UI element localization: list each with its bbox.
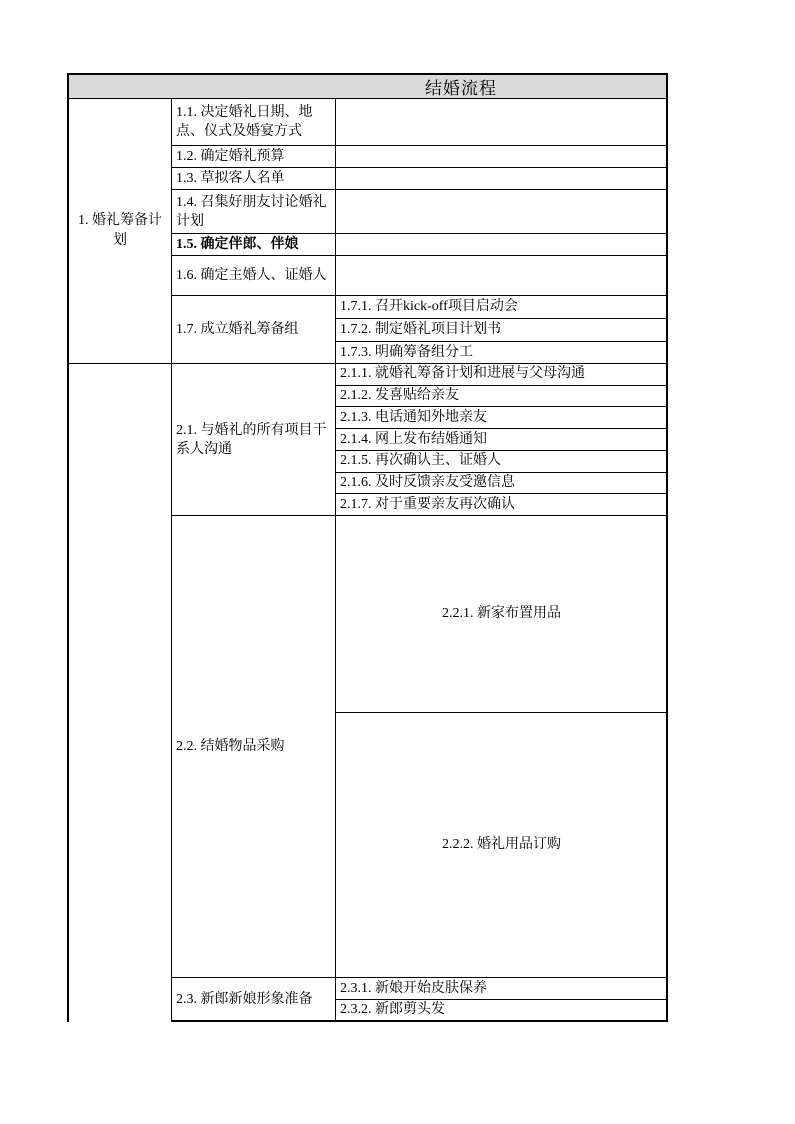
task-row-2-1: 2.1. 与婚礼的所有项目干系人沟通 2.1.1. 就婚礼筹备计划和进展与父母沟… (172, 364, 666, 516)
subtask-cell-2-2-1: 2.2.1. 新家布置用品 (336, 516, 666, 713)
task-row-2-2: 2.2. 结婚物品采购 2.2.1. 新家布置用品 2.2.2. 婚礼用品订购 (172, 516, 666, 978)
empty-cell-1-4 (336, 190, 666, 234)
task-cell-1-7: 1.7. 成立婚礼筹备组 (172, 296, 336, 364)
table-header-row: 结婚流程 (69, 75, 666, 99)
empty-cell-1-2 (336, 146, 666, 168)
task-cell-1-2: 1.2. 确定婚礼预算 (172, 146, 336, 168)
task-cell-1-5: 1.5. 确定伴郎、伴娘 (172, 234, 336, 256)
subtask-cell-2-1-3: 2.1.3. 电话通知外地亲友 (336, 407, 666, 429)
task-row-1-6: 1.6. 确定主婚人、证婚人 (172, 256, 666, 296)
task-row-1-2: 1.2. 确定婚礼预算 (172, 146, 666, 168)
section-2-label-cell (69, 364, 172, 1022)
empty-cell-1-5 (336, 234, 666, 256)
empty-cell-1-3 (336, 168, 666, 190)
empty-cell-1-1 (336, 99, 666, 146)
wedding-process-table: 结婚流程 1. 婚礼筹备计划 1.1. 决定婚礼日期、地点、仪式及婚宴方式 1.… (67, 73, 668, 1022)
section-2: 2.1. 与婚礼的所有项目干系人沟通 2.1.1. 就婚礼筹备计划和进展与父母沟… (69, 364, 666, 1022)
task-row-1-4: 1.4. 召集好朋友讨论婚礼计划 (172, 190, 666, 234)
subtask-cell-1-7-2: 1.7.2. 制定婚礼项目计划书 (336, 319, 666, 342)
section-1-label-cell: 1. 婚礼筹备计划 (69, 99, 172, 364)
task-row-1-5: 1.5. 确定伴郎、伴娘 (172, 234, 666, 256)
subtask-cell-2-1-5: 2.1.5. 再次确认主、证婚人 (336, 451, 666, 473)
task-cell-2-3: 2.3. 新郎新娘形象准备 (172, 978, 336, 1022)
subtask-cell-2-1-7: 2.1.7. 对于重要亲友再次确认 (336, 494, 666, 516)
section-1: 1. 婚礼筹备计划 1.1. 决定婚礼日期、地点、仪式及婚宴方式 1.2. 确定… (69, 99, 666, 364)
task-cell-1-1: 1.1. 决定婚礼日期、地点、仪式及婚宴方式 (172, 99, 336, 146)
subtask-cell-2-1-6: 2.1.6. 及时反馈亲友受邀信息 (336, 473, 666, 495)
document-page: 结婚流程 1. 婚礼筹备计划 1.1. 决定婚礼日期、地点、仪式及婚宴方式 1.… (0, 0, 795, 1124)
task-row-1-7: 1.7. 成立婚礼筹备组 1.7.1. 召开kick-off项目启动会 1.7.… (172, 296, 666, 364)
subtask-cell-2-1-2: 2.1.2. 发喜贴给亲友 (336, 386, 666, 408)
subtask-cell-2-1-4: 2.1.4. 网上发布结婚通知 (336, 429, 666, 451)
task-cell-1-4: 1.4. 召集好朋友讨论婚礼计划 (172, 190, 336, 234)
task-cell-2-2: 2.2. 结婚物品采购 (172, 516, 336, 978)
task-cell-1-3: 1.3. 草拟客人名单 (172, 168, 336, 190)
task-cell-2-1: 2.1. 与婚礼的所有项目干系人沟通 (172, 364, 336, 516)
table-title: 结婚流程 (425, 74, 497, 99)
subtask-cell-2-2-2: 2.2.2. 婚礼用品订购 (336, 713, 666, 978)
subtask-cell-1-7-1: 1.7.1. 召开kick-off项目启动会 (336, 296, 666, 319)
section-2-rows: 2.1. 与婚礼的所有项目干系人沟通 2.1.1. 就婚礼筹备计划和进展与父母沟… (172, 364, 666, 1022)
empty-cell-1-6 (336, 256, 666, 296)
subtask-cell-2-3-2: 2.3.2. 新郎剪头发 (336, 1000, 666, 1022)
subtask-cell-2-1-1: 2.1.1. 就婚礼筹备计划和进展与父母沟通 (336, 364, 666, 386)
subtask-cell-1-7-3: 1.7.3. 明确筹备组分工 (336, 342, 666, 364)
task-cell-1-6: 1.6. 确定主婚人、证婚人 (172, 256, 336, 296)
task-row-1-3: 1.3. 草拟客人名单 (172, 168, 666, 190)
subtask-cell-2-3-1: 2.3.1. 新娘开始皮肤保养 (336, 978, 666, 1000)
task-row-2-3: 2.3. 新郎新娘形象准备 2.3.1. 新娘开始皮肤保养 2.3.2. 新郎剪… (172, 978, 666, 1022)
task-row-1-1: 1.1. 决定婚礼日期、地点、仪式及婚宴方式 (172, 99, 666, 146)
section-1-rows: 1.1. 决定婚礼日期、地点、仪式及婚宴方式 1.2. 确定婚礼预算 1.3. … (172, 99, 666, 364)
